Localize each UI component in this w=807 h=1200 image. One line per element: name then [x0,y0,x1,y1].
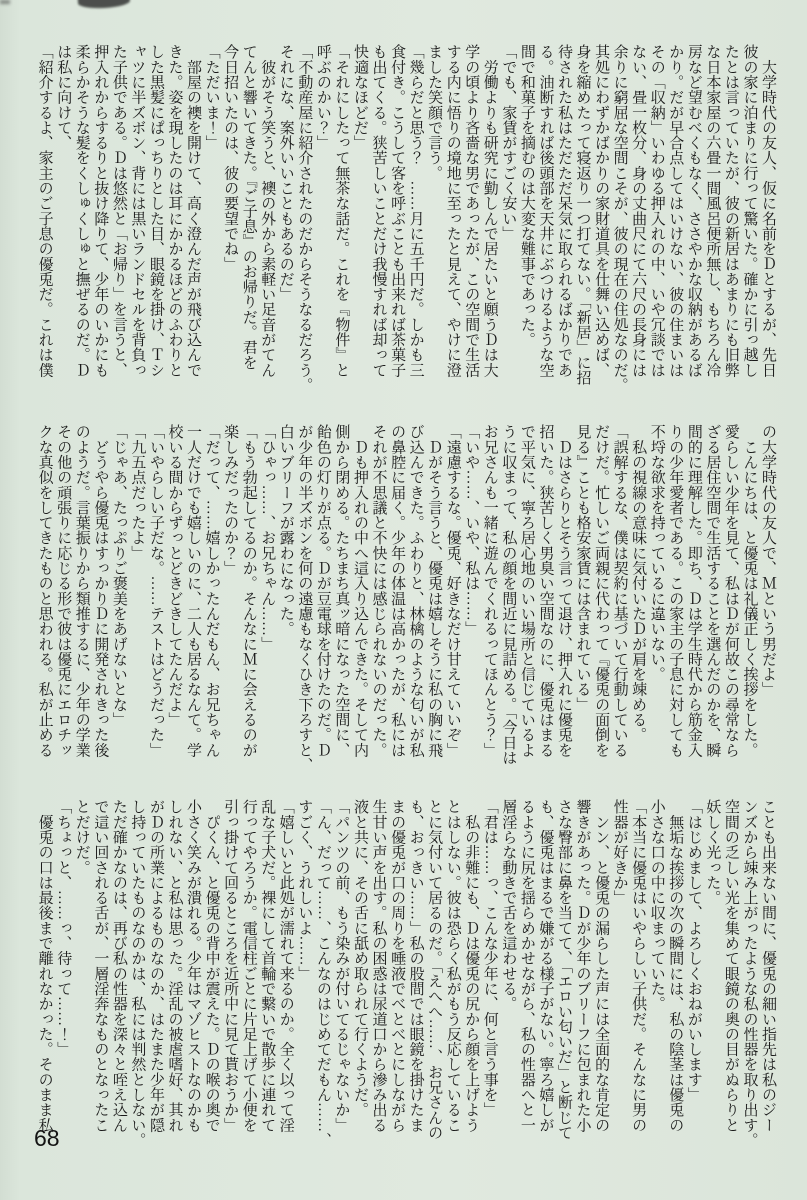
text-block-bottom: ことも出来ない間に、優兎の細い指先は私のジーンズから竦み上がったような私の性器を… [35,799,777,1151]
text-column: うに収まって、私の顔を間近に見詰める。「今日は [499,424,518,776]
text-column: も出てくる。狭苦しいことだけ我慢すれば却って [369,44,388,396]
text-column: のようだ。言葉振りから類推するに、少年の学業 [72,424,91,776]
scan-smudge-artifact [78,0,131,9]
text-column: 「ひゃっ……、お兄ちゃん……」 [258,424,277,776]
text-column: すごく、うれしいよ……」 [295,799,314,1151]
text-column: 「君は……っ、こんな少年に、何と言う事を」 [480,799,499,1151]
text-column: し持っていたものなのかは、私には判然としない。 [128,799,147,1151]
text-column: それにな、案外いいこともあるのだ」 [276,44,295,396]
text-column: 「はじめまして、よろしくおねがいします」 [684,799,703,1151]
text-column: た子供である。Ｄは悠然と「お帰り」を言うと、 [109,44,128,396]
text-column: 「嬉しいと此処が濡れて来るのか。全く以って淫 [276,799,295,1151]
text-column: び込んできた。ふわりと、林檎のような匂いが私 [406,424,425,776]
text-column: 飴色の灯りが点る。Ｄが豆電球を付けたのだ。Ｄ [313,424,332,776]
scan-edge-artifact [0,0,10,4]
text-column: 「幾らだと思う？ ……月に五千円だ。しかも三 [406,44,425,396]
text-column: 乱な子犬だ。裸にして首輪で繋いで散歩に連れて [258,799,277,1151]
text-column: 「パンツの前、もう染みが付いてるじゃないか」 [332,799,351,1151]
text-column: お兄さんも一緒に遊んでくれるってほんとう？」 [480,424,499,776]
text-column: する内に悟りの境地に至ったと見えて、やけに澄 [443,44,462,396]
text-column: まの優兎が口の周りを唾液でべとべとにしながら [388,799,407,1151]
text-column: の鼻腔に届く。少年の体温は高かったが、私には [388,424,407,776]
text-column: 余りに窮屈な空間こそが、彼の現在の住処なのだ。 [610,44,629,396]
text-column: 白いブリーフが露わになった。 [276,424,295,776]
text-column: 私の非難にも、Ｄは優兎の尻から顔を上げよう [462,799,481,1151]
text-column: 「じゃあ、たっぷりご褒美をあげないとな」 [109,424,128,776]
text-column: 妖しく光った。 [703,799,722,1151]
text-column: 房など望むべくもなく、ささやかな収納があるば [684,44,703,396]
text-column: 身を縮めたって寝返り一つ打てない。「新居」に招 [573,44,592,396]
text-column: 見る』ことも格安家賃には含まれている」 [573,424,592,776]
text-column: 無垢な挨拶の次の瞬間には、私の陰茎は優兎の [666,799,685,1151]
text-column: その他の頑張りに応じる形で彼は優兎にエロチッ [54,424,73,776]
text-column: 愛らしい少年を見て、私はＤが何故この尋常なら [721,424,740,776]
text-column: 「ただいま！」 [202,44,221,396]
text-column: も、おっきい……」私の股間では眼鏡を掛けたま [406,799,425,1151]
text-column: 学の頃より吝嗇な男であったが、この空間で生活 [462,44,481,396]
text-column: 招いた。狭苦しく男臭い空間なのに、優兎はまる [536,424,555,776]
text-column: ぴくん、と優兎の背中が震えた。Ｄの喉の奥で [202,799,221,1151]
text-column: ました笑顔で言う。 [425,44,444,396]
text-column: たとは言っていたが、彼の新居はあまりにも旧弊 [721,44,740,396]
text-block-middle: の大学時代の友人で、Ｍという男だよ」 こんにちは、と優兎は礼儀正しく挨拶をした。… [35,424,777,776]
text-column: 「遠慮するな。優兎、好きなだけ甘えていいぞ」 [443,424,462,776]
text-column: 「不動産屋に紹介されたのだからそうなるだろう。 [295,44,314,396]
text-column: 呼ぶのかい？」 [313,44,332,396]
text-column: るように尻を揺らめかせながら、私の性器へと一 [517,799,536,1151]
text-column: Ｄも押入れの中へ這入り込んできた。そして内 [350,424,369,776]
text-column: 今日招いたのは、彼の要望でね」 [221,44,240,396]
text-column: で平気に、寧ろ居心地のいい場所と信じているよ [517,424,536,776]
text-column: が少年の半ズボンを何の遠慮もなくひき下ろすと、 [295,424,314,776]
text-column: それが不思議と不快には感じられないのだった。 [369,424,388,776]
text-column: は私に向けて、 [54,44,73,396]
text-column: とに気付いて居るのだ。「えへへ……、お兄さんの [425,799,444,1151]
text-column: 部屋の襖を開けて、高く澄んだ声が飛び込んで [184,44,203,396]
text-column: ない、畳一枚分、身の丈曲尺にて六尺の長身には [629,44,648,396]
text-column: ャツに半ズボン、背には黒いランドセルを背負っ [128,44,147,396]
text-column: Ｄがそう言うと、優兎は嬉しそうに私の胸に飛 [425,424,444,776]
text-column: 行ってやろうか。電信柱ごとに片足上げて小便を [239,799,258,1151]
text-column: 「ちょっと、……っ、待って……！」 [54,799,73,1151]
text-column: 「もう勃起してるのか。そんなにＭに会えるのが [239,424,258,776]
text-column: 労働よりも研究に勤しんで居たいと願うＤは大 [480,44,499,396]
text-column: だけだ。忙しいご両親に代わって『優兎の面倒を [592,424,611,776]
text-column: した黒髪にぱっちりとした目、眼鏡を掛け、Ｔシ [146,44,165,396]
text-column: 引っ掛けて回るところを近所中に見て貰おうか」 [221,799,240,1151]
text-column: 「いや……、いや、私は……」 [462,424,481,776]
text-column: かり。だが早合点してはいけない、彼の住まいは [666,44,685,396]
text-column: きた。姿を現したのは耳にかかるほどのふわりと [165,44,184,396]
text-column: クな真似をしてきたものと思われる。私が止める [35,424,54,776]
text-column: で這い回される舌が、一層淫奔なものとなったこ [91,799,110,1151]
text-column: 不埒な欲求を持っているに違いない。 [647,424,666,776]
text-column: 「それにしたって無茶な話だ。これを『物件』と [332,44,351,396]
text-column: ンズから竦み上がったような私の性器を取り出す。 [740,799,759,1151]
text-column: 楽しみだったのか？」 [221,424,240,776]
text-column: 校いる間からずっとどきどきしてたんだよ」 [165,424,184,776]
page-number: 68 [34,1125,60,1152]
text-column: 「ん、だって……、こんなのはじめてだもん……、 [313,799,332,1151]
text-column: 生甘い声を出す。私の困惑は尿道口から滲み出る [369,799,388,1151]
text-column: ただ確かなのは、再び私の性器を深々と咥え込ん [109,799,128,1151]
text-column: 柔らかそうな髪をくしゅくしゅと撫ぜるのだ。Ｄ [72,44,91,396]
text-column: 間で和菓子を摘むのは大変な難事であった。 [517,44,536,396]
text-column: 待された私はただただ呆気に取られるばかりであ [554,44,573,396]
text-column: 優兎の口は最後まで離れなかった。そのまま私 [35,799,54,1151]
text-column: がＤの所業によるものなのか、はたまた少年が隠 [146,799,165,1151]
text-column: その「収納」いわゆる押入れの中、いや冗談では [647,44,666,396]
text-column: 側から閉める。たちまち真ッ暗になった空間に、 [332,424,351,776]
text-column: 小さな口の中に収まっていた。 [647,799,666,1151]
text-column: こんにちは、と優兎は礼儀正しく挨拶をした。 [740,424,759,776]
text-column: 私の視線の意味に気付いたＤが肩を竦める。 [629,424,648,776]
text-column: 「紹介するよ、家主のご子息の優兎だ。これは僕 [35,44,54,396]
text-column: な日本家屋の六畳一間風呂便所無し、もちろん冷 [703,44,722,396]
text-column: ことも出来ない間に、優兎の細い指先は私のジー [758,799,777,1151]
text-column: Ｄはさらりとそう言って退け、押入れに優兎を [554,424,573,776]
text-column: の大学時代の友人で、Ｍという男だよ」 [758,424,777,776]
text-column: 液と共に、その舌に舐め取られて行くようだ。 [350,799,369,1151]
text-column: 大学時代の友人、仮に名前をＤとするが、先日 [758,44,777,396]
text-column: どうやら優兎はすっかりＤに開発されきった後 [91,424,110,776]
text-column: ざる居住空間で生活することを選んだのかを、瞬 [703,424,722,776]
text-column: 間的に理解した。即ち、Ｄは学生時代から筋金入 [684,424,703,776]
text-block-top: 大学時代の友人、仮に名前をＤとするが、先日彼の家に泊まりに行って驚いた。確かに引… [35,44,777,396]
text-column: 層淫らな動きで舌を這わせる。 [499,799,518,1151]
text-column: 性器が好きか」 [610,799,629,1151]
text-column: 一人だけでも嬉しいのに、二人も居るなんて。学 [184,424,203,776]
text-column: ンン、と優兎の漏らした声には全面的な肯定の [592,799,611,1151]
text-column: とだけだ。 [72,799,91,1151]
text-column: 彼の家に泊まりに行って驚いた。確かに引っ越し [740,44,759,396]
text-column: 響きがあった。Ｄが少年のブリーフに包まれた小 [573,799,592,1151]
text-column: さな臀部に鼻を当てて、「エロい匂いだ」と断じて [554,799,573,1151]
text-column: りの少年愛者である。この家主の子息に対しても [666,424,685,776]
text-column: 彼がそう笑うと、襖の外から素軽い足音がてん [258,44,277,396]
text-column: 「九五点だったよ」 [128,424,147,776]
text-column: 小さく笑みが潰れる。少年はマゾヒストなのかも [184,799,203,1151]
text-column: とはしない。彼は恐らく私がもう反応しているこ [443,799,462,1151]
text-column: 「本当に優兎はいやらしい子供だ。そんなに男の [629,799,648,1151]
text-column: 「誤解するな、僕は契約に基づいて行動している [610,424,629,776]
text-column: る。油断すれば後頭部を天井にぶつけるような空 [536,44,555,396]
text-column: 其処にわずかばかりの家財道具を仕舞い込めば、 [592,44,611,396]
text-column: 空間の乏しい光を集めて眼鏡の奥の目がぬらりと [721,799,740,1151]
text-column: 「でも、家賃がすごく安い」 [499,44,518,396]
scanned-novel-page: 大学時代の友人、仮に名前をＤとするが、先日彼の家に泊まりに行って驚いた。確かに引… [0,0,807,1200]
text-column: てんと響いてきた。『ご子息』のお帰りだ。君を [239,44,258,396]
text-column: しれない、と私は思った。淫乱の被虐嗜好、其れ [165,799,184,1151]
text-column: 「いやらしい子だな。……テストはどうだった」 [146,424,165,776]
text-column: 食付き。こうして客を呼ぶことも出来れば茶菓子 [388,44,407,396]
text-column: 快適なほどだ」 [350,44,369,396]
text-column: 押入れからするりと抜け降りて、少年のいかにも [91,44,110,396]
text-column: 「だって、……嬉しかったんだもん、お兄ちゃん [202,424,221,776]
text-column: も、優兎はまるで嫌がる様子がない。寧ろ嬉しが [536,799,555,1151]
